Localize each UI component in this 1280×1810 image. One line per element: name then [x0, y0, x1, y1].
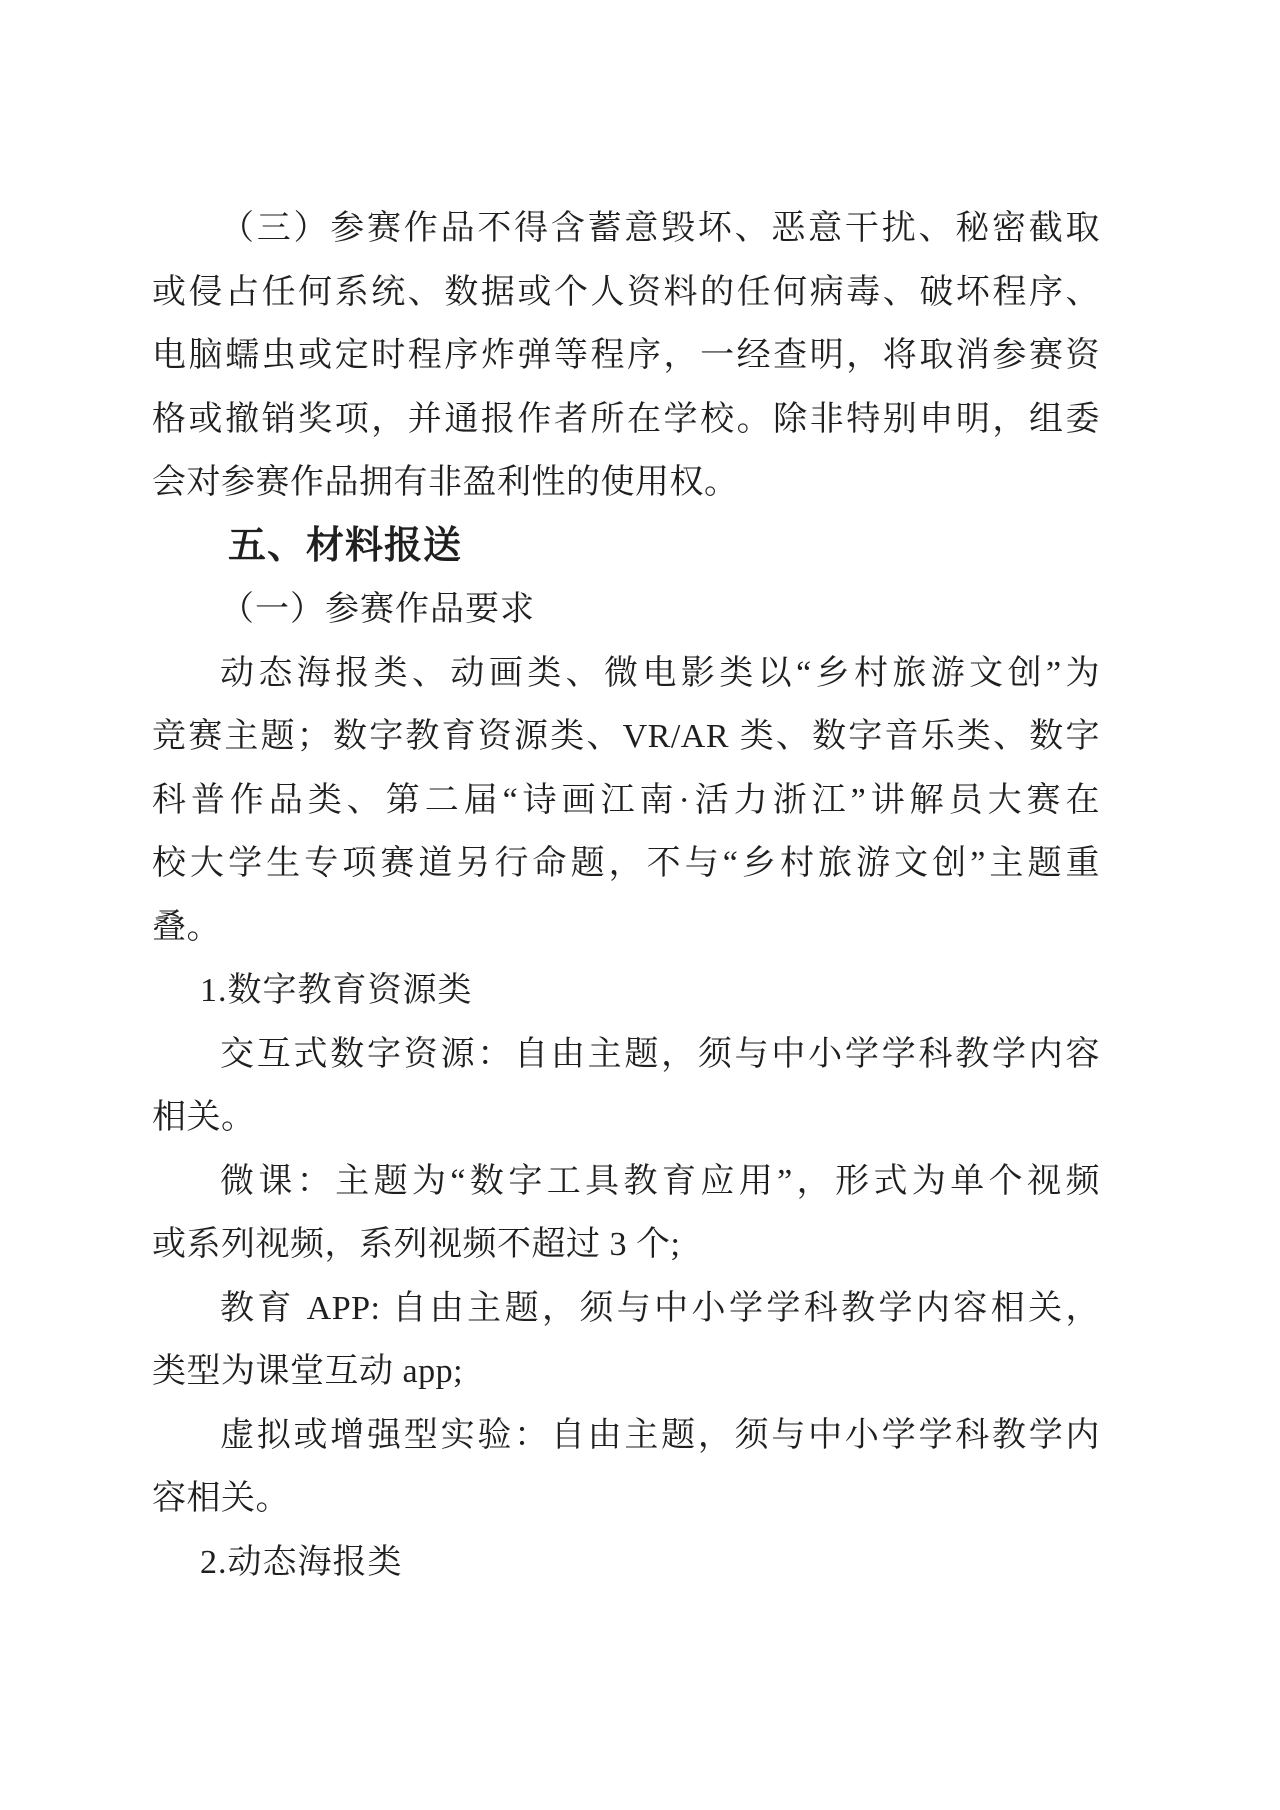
para-three-line-2: 或侵占任何系统、数据或个人资料的任何病毒、破坏程序、	[152, 261, 1100, 325]
para-three-line-3: 电脑蠕虫或定时程序炸弹等程序，一经查明，将取消参赛资	[152, 324, 1100, 388]
edu-app-line-2: 类型为课堂互动 app;	[152, 1340, 1100, 1404]
theme-para-line-3: 科普作品类、第二届“诗画江南·活力浙江”讲解员大赛在	[152, 769, 1100, 833]
category-1-heading: 1.数字教育资源类	[152, 959, 1100, 1023]
theme-para-line-2: 竞赛主题；数字教育资源类、VR/AR 类、数字音乐类、数字	[152, 705, 1100, 769]
virtual-experiment-line-2: 容相关。	[152, 1467, 1100, 1531]
subsection-one-heading: （一）参赛作品要求	[152, 578, 1100, 642]
theme-para-line-1: 动态海报类、动画类、微电影类以“乡村旅游文创”为	[152, 642, 1100, 706]
document-page: （三）参赛作品不得含蓄意毁坏、恶意干扰、秘密截取 或侵占任何系统、数据或个人资料…	[0, 0, 1280, 1810]
theme-para-line-5: 叠。	[152, 896, 1100, 960]
interactive-resource-line-1: 交互式数字资源：自由主题，须与中小学学科教学内容	[152, 1023, 1100, 1087]
virtual-experiment-line-1: 虚拟或增强型实验：自由主题，须与中小学学科教学内	[152, 1404, 1100, 1468]
category-2-heading: 2.动态海报类	[152, 1531, 1100, 1595]
para-three-line-4: 格或撤销奖项，并通报作者所在学校。除非特别申明，组委	[152, 388, 1100, 452]
section-five-heading: 五、材料报送	[152, 515, 1100, 579]
interactive-resource-line-2: 相关。	[152, 1086, 1100, 1150]
micro-course-line-1: 微课：主题为“数字工具教育应用”，形式为单个视频	[152, 1150, 1100, 1214]
para-three-line-5: 会对参赛作品拥有非盈利性的使用权。	[152, 451, 1100, 515]
para-three-line-1: （三）参赛作品不得含蓄意毁坏、恶意干扰、秘密截取	[152, 197, 1100, 261]
document-text-block: （三）参赛作品不得含蓄意毁坏、恶意干扰、秘密截取 或侵占任何系统、数据或个人资料…	[152, 197, 1100, 1594]
theme-para-line-4: 校大学生专项赛道另行命题，不与“乡村旅游文创”主题重	[152, 832, 1100, 896]
micro-course-line-2: 或系列视频，系列视频不超过 3 个;	[152, 1213, 1100, 1277]
edu-app-line-1: 教育 APP: 自由主题，须与中小学学科教学内容相关，	[152, 1277, 1100, 1341]
